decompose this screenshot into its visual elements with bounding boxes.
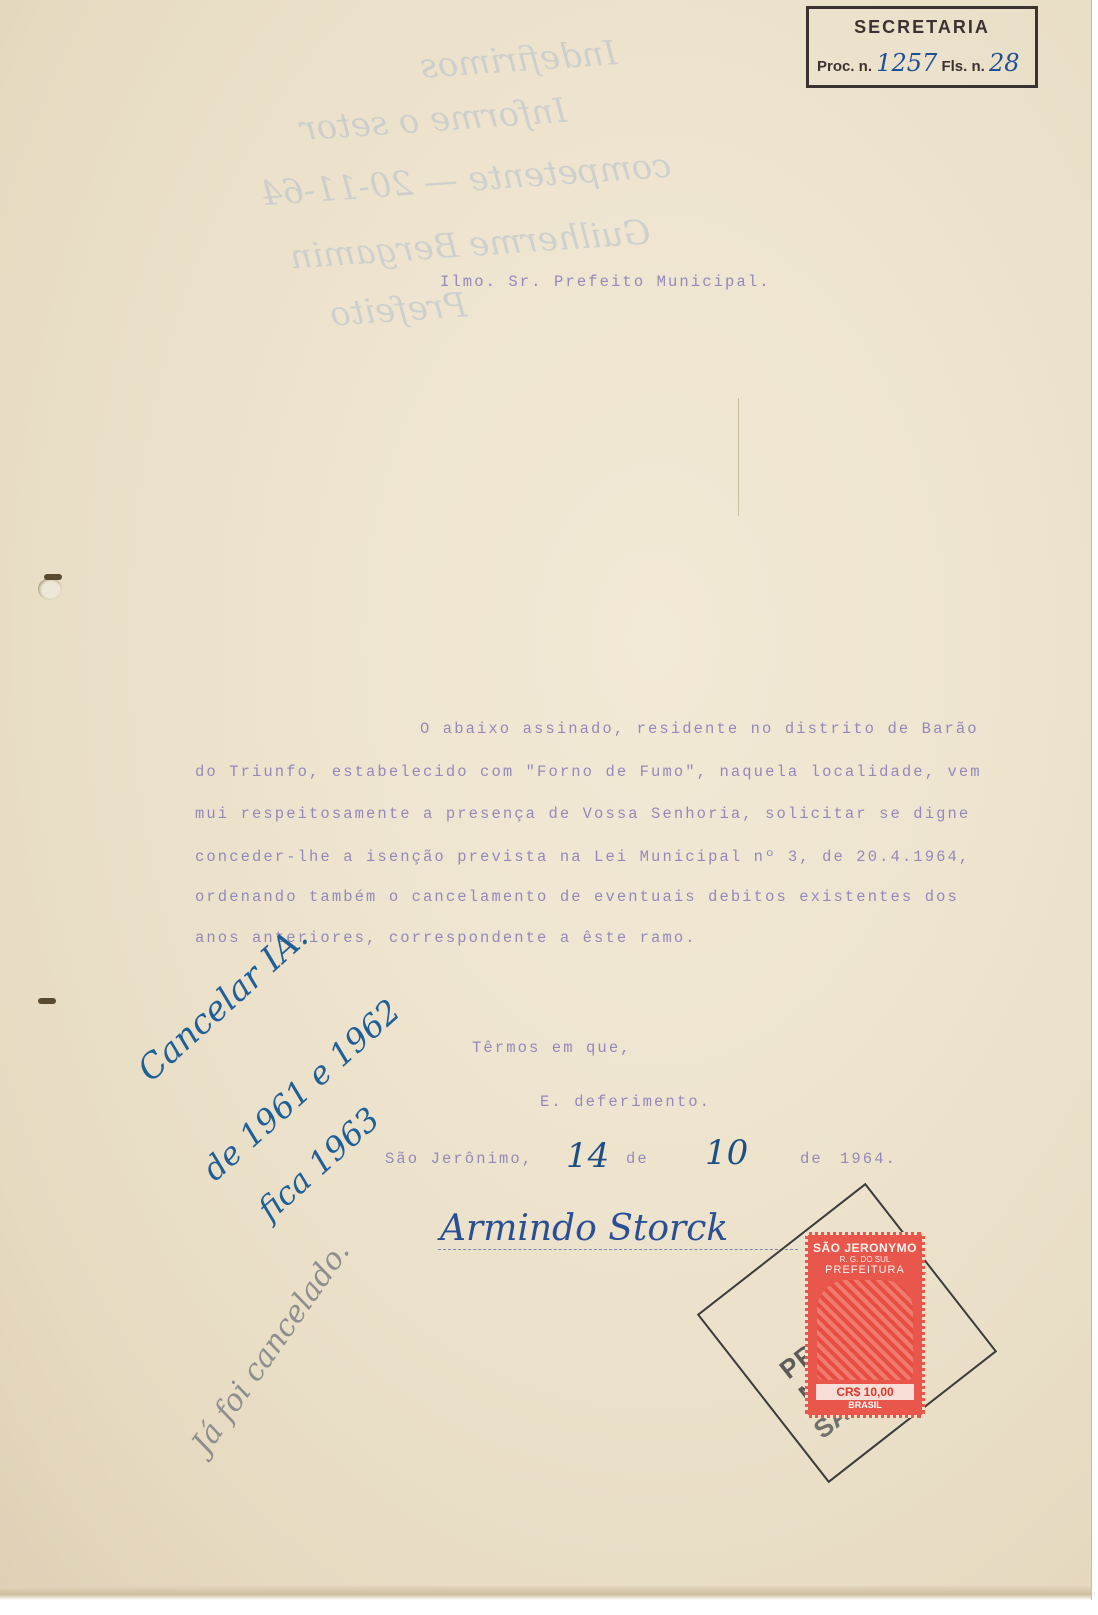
date-day: 14 (566, 1136, 609, 1176)
closing-line-2: E. deferimento. (540, 1093, 711, 1111)
stamp-proc-row: Proc. n. 1257 Fls. n. 28 (817, 49, 1020, 77)
fls-label: Fls. n. (941, 58, 984, 75)
signature: Armindo Storck (440, 1208, 728, 1249)
date-place: São Jerônimo, (385, 1150, 533, 1168)
signature-underline (438, 1249, 798, 1250)
date-month: 10 (705, 1133, 748, 1173)
paper-crease (738, 398, 739, 516)
date-year: 1964. (840, 1150, 897, 1168)
secretaria-stamp: SECRETARIA Proc. n. 1257 Fls. n. 28 (806, 6, 1038, 88)
stamp-title: SECRETARIA (809, 17, 1035, 38)
revenue-stamp-illustration (817, 1280, 913, 1380)
proc-number: 1257 (876, 49, 937, 77)
revenue-stamp-issuer: PREFEITURA (808, 1264, 922, 1276)
body-line-2: do Triunfo, estabelecido com "Forno de F… (195, 763, 982, 781)
closing-line-1: Têrmos em que, (472, 1039, 632, 1057)
ghost-line-5: Prefeito (329, 285, 468, 334)
revenue-stamp-subtitle: R. G. DO SUL (808, 1255, 922, 1264)
revenue-stamp-value: CR$ 10,00 (816, 1384, 914, 1400)
revenue-stamp-country: BRASIL (808, 1400, 922, 1410)
pencil-note: Já foi cancelado. (185, 1235, 357, 1460)
fls-number: 28 (989, 49, 1020, 77)
punch-hole-top (38, 578, 62, 600)
ghost-line-2: Informe o setor (299, 91, 568, 150)
punch-mark-bottom (38, 998, 56, 1004)
ghost-line-1: Indefirimos (419, 33, 618, 87)
addressee: Ilmo. Sr. Prefeito Municipal. (440, 273, 771, 291)
date-de-2: de (800, 1150, 823, 1168)
body-line-5: ordenando também o cancelamento de event… (195, 888, 959, 906)
revenue-stamp-title: SÃO JERONYMO (808, 1241, 922, 1255)
punch-mark-top (44, 574, 62, 580)
body-line-4: conceder-lhe a isenção prevista na Lei M… (195, 848, 970, 866)
document-page: SECRETARIA Proc. n. 1257 Fls. n. 28 Inde… (0, 0, 1092, 1600)
date-de-1: de (626, 1150, 649, 1168)
proc-label: Proc. n. (817, 58, 872, 75)
ghost-line-3: competente — 20-11-64 (259, 146, 672, 215)
revenue-stamp: SÃO JERONYMO R. G. DO SUL PREFEITURA CR$… (805, 1232, 925, 1418)
body-line-1: O abaixo assinado, residente no distrito… (420, 720, 979, 738)
ghost-line-4: Guilherme Bergamin (289, 212, 652, 277)
body-line-3: mui respeitosamente a presença de Vossa … (195, 805, 970, 823)
